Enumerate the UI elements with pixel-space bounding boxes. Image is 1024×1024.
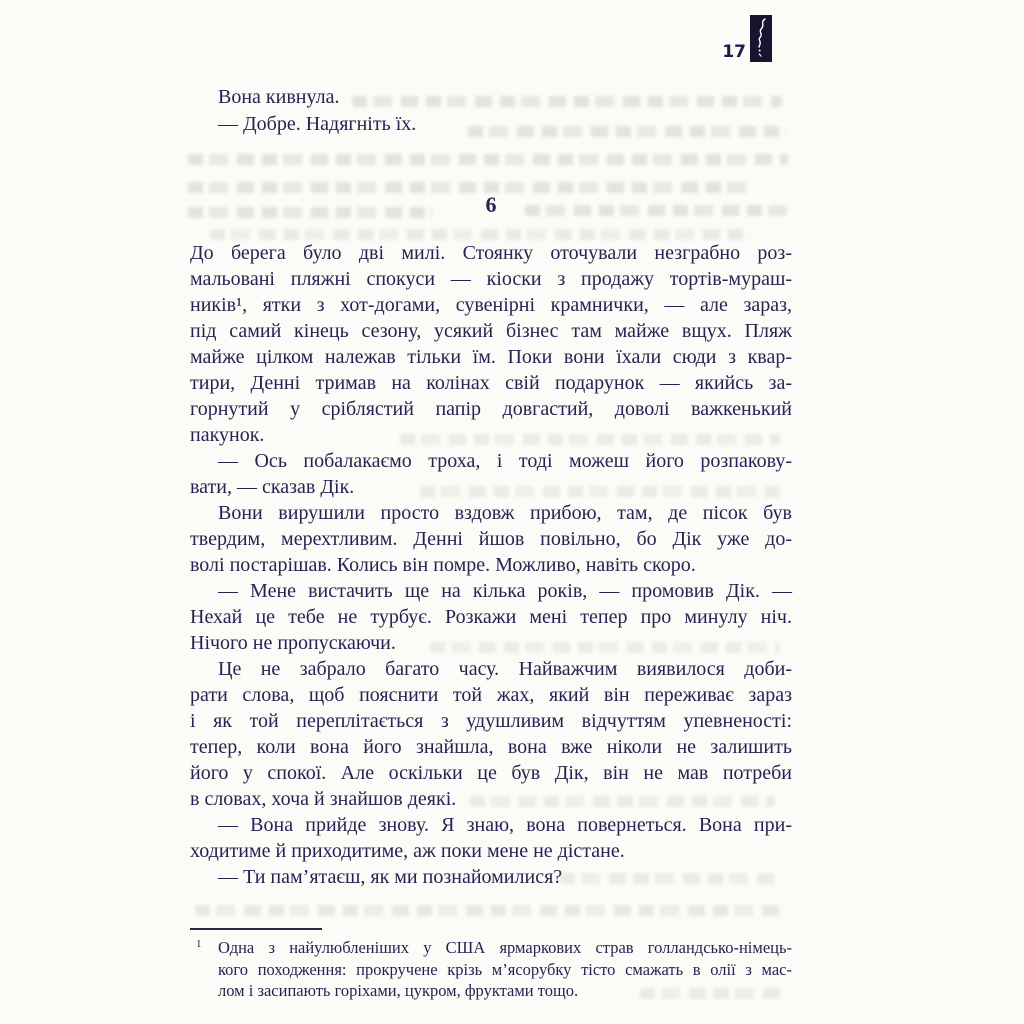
footnote-marker: 1 bbox=[196, 937, 202, 951]
footnote: 1 Одна з найулюбленіших у США ярмаркових… bbox=[218, 937, 792, 1002]
text-line: лом і засипають горіхами, цукром, фрукта… bbox=[218, 980, 792, 1002]
text-line: — Мене вистачить ще на кілька років, — п… bbox=[190, 578, 792, 604]
text-line: майже цілком належав тільки їм. Поки вон… bbox=[190, 344, 792, 370]
bleedthrough-artifact bbox=[188, 154, 788, 165]
text-line: під самий кінець сезону, усякий бізнес т… bbox=[190, 318, 792, 344]
chapter-heading: 6 bbox=[190, 189, 792, 221]
text-line: Вони вирушили просто вздовж прибою, там,… bbox=[190, 500, 792, 526]
text-line: — Вона прийде знову. Я знаю, вона поверн… bbox=[190, 812, 792, 838]
text-line: — Добре. Надягніть їх. bbox=[190, 111, 792, 138]
page-number: 17 bbox=[712, 42, 746, 62]
bleedthrough-artifact bbox=[195, 905, 780, 916]
text-line: Одна з найулюбленіших у США ярмаркових с… bbox=[218, 937, 792, 959]
text-line: Нехай це тебе не турбує. Розкажи мені те… bbox=[190, 604, 792, 630]
text-line: мальовані пляжні спокуси — кіоски з прод… bbox=[190, 266, 792, 292]
text-line: горнутий у сріблястий папір довгастий, д… bbox=[190, 396, 792, 422]
text-line: і як той переплітається з удушливим відч… bbox=[190, 708, 792, 734]
text-line: вати, — сказав Дік. bbox=[190, 474, 792, 500]
text-line: ходитиме й приходитиме, аж поки мене не … bbox=[190, 838, 792, 864]
text-line: Це не забрало багато часу. Найважчим вия… bbox=[190, 656, 792, 682]
text-line: ників¹, ятки з хот-догами, сувенірні кра… bbox=[190, 292, 792, 318]
text-line: До берега було дві милі. Стоянку оточува… bbox=[190, 240, 792, 266]
book-page: 17 Вона кивнула.— Добре. Надягніть їх. 6… bbox=[0, 0, 1024, 1024]
text-line: рати слова, щоб пояснити той жах, який в… bbox=[190, 682, 792, 708]
text-line: Вона кивнула. bbox=[190, 84, 792, 111]
publisher-logo bbox=[750, 15, 772, 62]
footnote-rule bbox=[190, 928, 322, 930]
text-line: його у спокої. Але оскільки це був Дік, … bbox=[190, 760, 792, 786]
text-line: Нічого не пропускаючи. bbox=[190, 630, 792, 656]
text-line: в словах, хоча й знайшов деякі. bbox=[190, 786, 792, 812]
text-line: — Ти пам’ятаєш, як ми познайомилися? bbox=[190, 864, 792, 890]
text-line: кого походження: прокручене крізь м’ясор… bbox=[218, 959, 792, 981]
text-line: волі постарішав. Колись він помре. Можли… bbox=[190, 552, 792, 578]
text-line: тепер, коли вона його знайшла, вона вже … bbox=[190, 734, 792, 760]
pre-chapter-text: Вона кивнула.— Добре. Надягніть їх. bbox=[190, 84, 792, 138]
text-line: пакунок. bbox=[190, 422, 792, 448]
bleedthrough-artifact bbox=[210, 229, 750, 240]
squiggle-icon bbox=[750, 15, 772, 62]
text-line: тири, Денні тримав на колінах свій подар… bbox=[190, 370, 792, 396]
text-line: — Ось побалакаємо троха, і тоді можеш йо… bbox=[190, 448, 792, 474]
body-text: До берега було дві милі. Стоянку оточува… bbox=[190, 240, 792, 890]
footnote-lines: Одна з найулюбленіших у США ярмаркових с… bbox=[218, 937, 792, 1002]
text-line: твердим, мерехтливим. Денні йшов повільн… bbox=[190, 526, 792, 552]
